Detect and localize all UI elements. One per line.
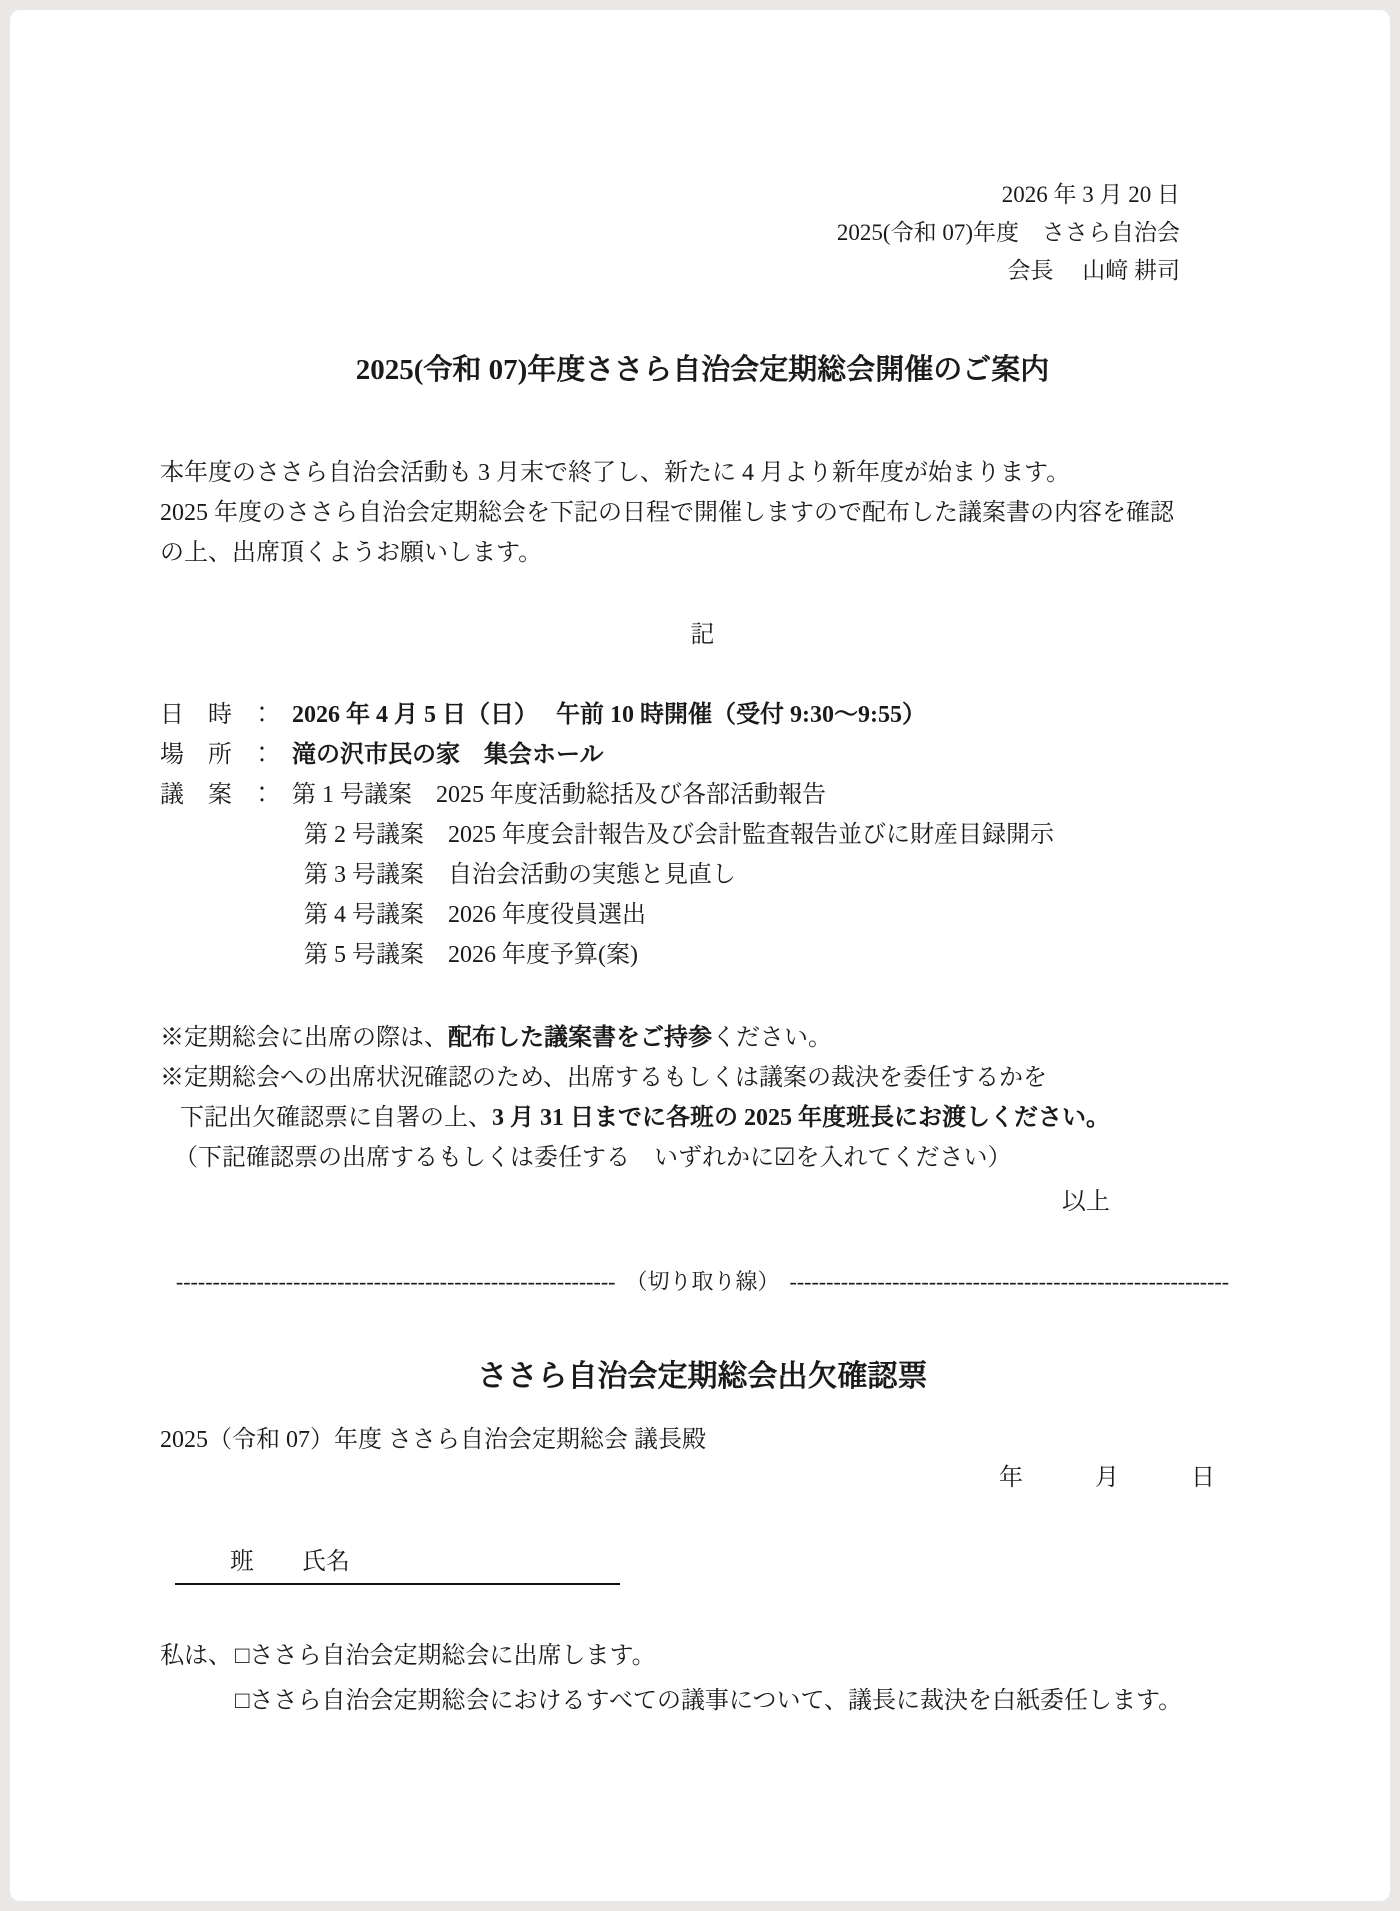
note-text-bold: 配布した議案書をご持参 xyxy=(448,1025,712,1051)
agenda-item: 第 2 号議案 2025 年度会計報告及び会計監査報告並びに財産目録開示 xyxy=(160,815,1245,855)
slip-title: ささら自治会定期総会出欠確認票 xyxy=(160,1354,1245,1400)
schedule-datetime-row: 日 時 ： 2026 年 4 月 5 日（日） 午前 10 時開催（受付 9:3… xyxy=(160,695,1245,735)
issue-date: 2026 年 3 月 20 日 xyxy=(160,176,1180,214)
document-header: 2026 年 3 月 20 日 2025(令和 07)年度 ささら自治会 会長 … xyxy=(160,176,1245,290)
cut-line: ----------------------------------------… xyxy=(160,1262,1245,1302)
statement-block: 私は、 □ささら自治会定期総会に出席します。 □ささら自治会定期総会におけるすべ… xyxy=(160,1634,1245,1724)
body-line: 本年度のささら自治会活動も 3 月末で終了し、新たに 4 月より新年度が始まりま… xyxy=(160,453,1245,493)
note-checkbox-instruction: （下記確認票の出席するもしくは委任する いずれかに☑を入れてください） xyxy=(160,1138,1245,1178)
notes-block: ※定期総会に出席の際は、配布した議案書をご持参ください。 ※定期総会への出席状況… xyxy=(160,1018,1245,1178)
schedule-block: 日 時 ： 2026 年 4 月 5 日（日） 午前 10 時開催（受付 9:3… xyxy=(160,695,1245,975)
datetime-label: 日 時 ： xyxy=(160,702,292,728)
note-deadline: 下記出欠確認票に自署の上、3 月 31 日までに各班の 2025 年度班長にお渡… xyxy=(160,1098,1245,1138)
agenda-item: 第 5 号議案 2026 年度予算(案) xyxy=(160,935,1245,975)
datetime-value: 2026 年 4 月 5 日（日） 午前 10 時開催（受付 9:30～9:55… xyxy=(292,702,926,728)
agenda-label: 議 案 ： xyxy=(160,782,292,808)
note-bring-documents: ※定期総会に出席の際は、配布した議案書をご持参ください。 xyxy=(160,1018,1245,1058)
body-line: の上、出席頂くようお願いします。 xyxy=(160,533,1245,573)
slip-date-blank: 年 月 日 xyxy=(160,1459,1245,1497)
closing-text: 以上 xyxy=(160,1182,1245,1222)
record-mark: 記 xyxy=(160,615,1245,655)
note-text-bold: 3 月 31 日までに各班の 2025 年度班長にお渡しください。 xyxy=(492,1105,1110,1131)
name-field-block: 班 氏名 xyxy=(175,1541,1245,1585)
chairman-line: 会長 山﨑 耕司 xyxy=(160,252,1180,290)
place-label: 場 所 ： xyxy=(160,742,292,768)
schedule-agenda-row: 議 案 ： 第 1 号議案 2025 年度活動総括及び各部活動報告 xyxy=(160,775,1245,815)
proxy-option: □ささら自治会定期総会におけるすべての議事について、議長に裁決を白紙委任します。 xyxy=(235,1679,1245,1724)
body-paragraph: 本年度のささら自治会活動も 3 月末で終了し、新たに 4 月より新年度が始まりま… xyxy=(160,453,1245,573)
organization-line: 2025(令和 07)年度 ささら自治会 xyxy=(160,214,1180,252)
note-text: ください。 xyxy=(712,1025,832,1051)
place-value: 滝の沢市民の家 集会ホール xyxy=(292,742,604,768)
agenda-item: 第 3 号議案 自治会活動の実態と見直し xyxy=(160,855,1245,895)
document-page: 2026 年 3 月 20 日 2025(令和 07)年度 ささら自治会 会長 … xyxy=(10,10,1390,1901)
body-line: 2025 年度のささら自治会定期総会を下記の日程で開催しますので配布した議案書の… xyxy=(160,493,1245,533)
cut-line-label: （切り取り線） xyxy=(615,1269,789,1294)
statement-label: 私は、 xyxy=(160,1634,235,1679)
note-text: 下記出欠確認票に自署の上、 xyxy=(180,1105,492,1131)
note-attendance-check: ※定期総会への出席状況確認のため、出席するもしくは議案の裁決を委任するかを xyxy=(160,1058,1245,1098)
cut-line-dashes-right: ----------------------------------------… xyxy=(790,1269,1230,1294)
schedule-place-row: 場 所 ： 滝の沢市民の家 集会ホール xyxy=(160,735,1245,775)
agenda-item: 第 1 号議案 2025 年度活動総括及び各部活動報告 xyxy=(292,782,826,808)
attendance-option: □ささら自治会定期総会に出席します。 xyxy=(235,1634,1245,1679)
slip-addressee: 2025（令和 07）年度 ささら自治会定期総会 議長殿 xyxy=(160,1421,1245,1459)
document-title: 2025(令和 07)年度ささら自治会定期総会開催のご案内 xyxy=(160,348,1245,392)
note-text: ※定期総会に出席の際は、 xyxy=(160,1025,448,1051)
agenda-item: 第 4 号議案 2026 年度役員選出 xyxy=(160,895,1245,935)
cut-line-dashes-left: ----------------------------------------… xyxy=(176,1269,616,1294)
statement-options: □ささら自治会定期総会に出席します。 □ささら自治会定期総会におけるすべての議事… xyxy=(235,1634,1245,1724)
name-field-line: 班 氏名 xyxy=(175,1541,620,1585)
